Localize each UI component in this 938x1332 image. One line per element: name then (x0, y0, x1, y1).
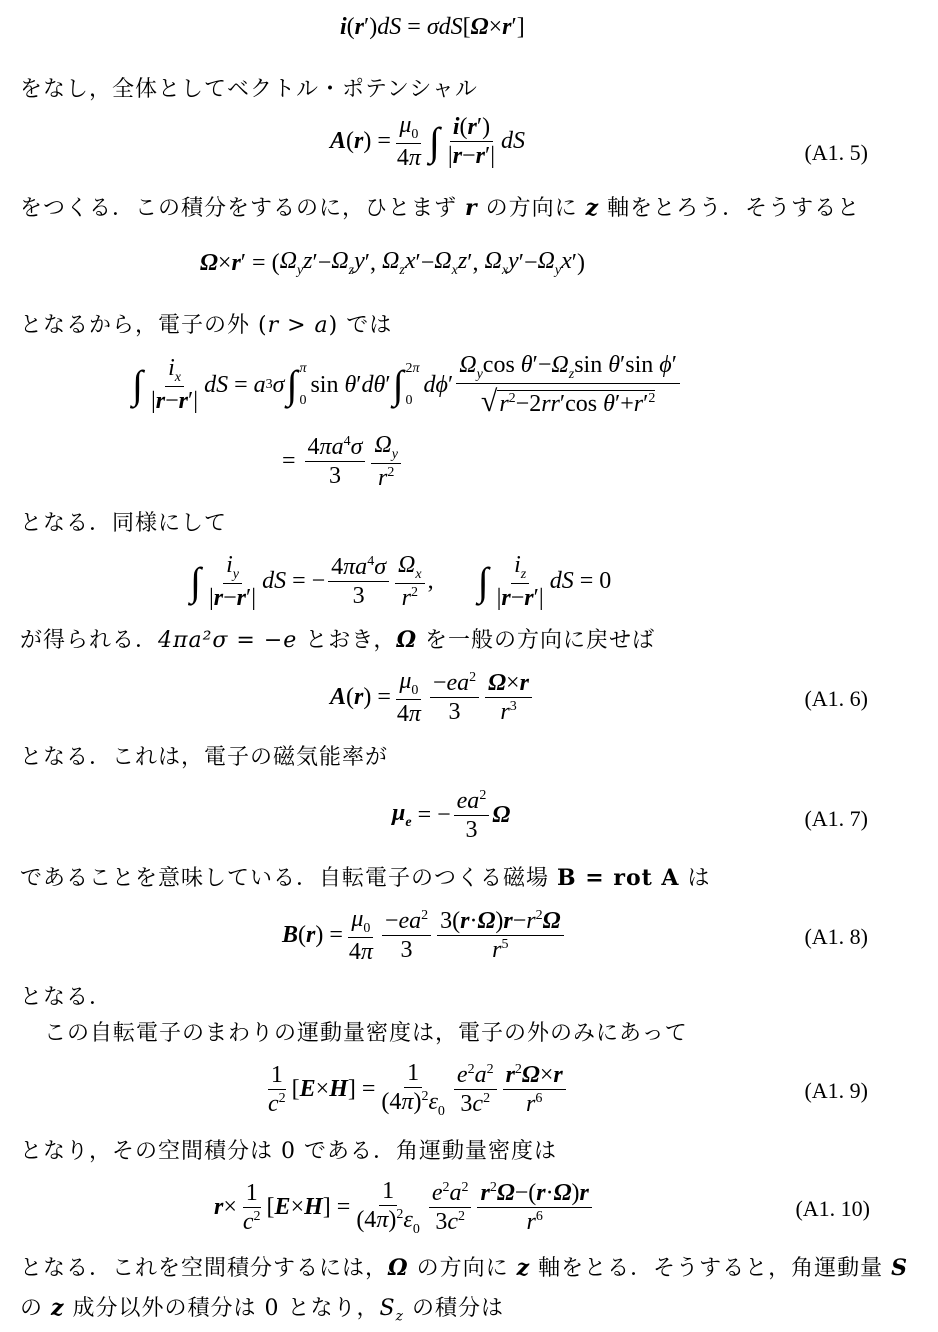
equation-number: (A1. 10) (795, 1196, 870, 1222)
equation-number: (A1. 7) (804, 806, 868, 832)
equation-ix-integral: ∫ ix|r−r′| dS = a3σ ∫π0 sin θ′dθ′ ∫2π0 d… (130, 352, 683, 418)
math-relation: 4πa²σ = −e (158, 628, 297, 653)
paragraph-line: であることを意味している．自転電子のつくる磁場 B = rot A は (20, 864, 711, 893)
equation-ix-result: = 4πa4σ3 Ωyr2 (282, 432, 404, 492)
math-r: r (465, 195, 478, 221)
text-segment: の (20, 1296, 51, 1321)
text-segment: の方向に (478, 196, 586, 221)
text-segment: を一般の方向に戻せば (417, 628, 655, 653)
text-segment: ) では (329, 313, 393, 338)
paragraph-line: となる．同様にして (20, 510, 227, 538)
paragraph-line: となるから，電子の外 (r > a) では (20, 312, 392, 340)
equation-surface-current: i(r′)dS = σdS[Ω×r′] (340, 14, 525, 41)
equation-number: (A1. 5) (804, 140, 868, 166)
math-s-z-subscript: z (396, 1308, 404, 1324)
text-segment: の方向に (409, 1256, 517, 1281)
paragraph-line: となる．これは，電子の磁気能率が (20, 744, 388, 772)
math-omega: Ω (396, 627, 417, 653)
equation-number: (A1. 9) (804, 1078, 868, 1104)
equation-a1-8: B(r) = μ04π −ea23 3(r·Ω)r−r2Ωr5 (282, 906, 567, 966)
text-segment: 成分以外の積分は 0 となり， (65, 1296, 380, 1321)
math-inequality: r > a (268, 313, 329, 338)
paragraph-line: となる． (20, 984, 112, 1012)
text-segment: となる．これを空間積分するには， (20, 1256, 388, 1281)
equation-a1-5: A(r) = μ04π ∫ i(r′)|r−r′| dS (330, 112, 525, 172)
text-segment: となるから，電子の外 ( (20, 313, 268, 338)
math-z: z (51, 1295, 65, 1321)
equation-number: (A1. 6) (804, 686, 868, 712)
math-s: S (891, 1255, 908, 1281)
math-z: z (517, 1255, 531, 1281)
math-omega: Ω (388, 1255, 409, 1281)
text-segment: であることを意味している．自転電子のつくる磁場 (20, 866, 557, 891)
equation-cross-product: Ω×r′ = (Ωyz′−Ωzy′, Ωzx′−Ωxz′, Ωxy′−Ωyx′) (200, 248, 585, 279)
paragraph-line: となり，その空間積分は 0 である．角運動量密度は (20, 1138, 557, 1166)
text-segment: が得られる． (20, 628, 158, 653)
math-s-z: S (379, 1296, 395, 1321)
text-segment: 軸をとる．そうすると，角運動量 (530, 1256, 891, 1281)
equation-iy-iz-integrals: ∫ iy|r−r′| dS = − 4πa4σ3 Ωxr2, ∫ iz|r−r′… (188, 552, 611, 612)
paragraph-line: となる．これを空間積分するには，Ω の方向に z 軸をとる．そうすると，角運動量… (20, 1254, 908, 1283)
paragraph-line: をなし，全体としてベクトル・ポテンシャル (20, 76, 478, 104)
equation-a1-6: A(r) = μ04π −ea23 Ω×rr3 (330, 668, 535, 728)
equation-number: (A1. 8) (804, 924, 868, 950)
equation-a1-9: 1c2 [E×H] = 1(4π)2ε0 e2a23c2 r2Ω×rr6 (262, 1060, 569, 1120)
paragraph-line: この自転電子のまわりの運動量密度は，電子の外のみにあって (44, 1020, 688, 1048)
text-segment: をつくる．この積分をするのに，ひとまず (20, 196, 465, 221)
equation-a1-7: μe = − ea23 Ω (392, 788, 510, 844)
text-segment: の積分は (404, 1296, 504, 1321)
paragraph-line: が得られる．4πa²σ = −e とおき，Ω を一般の方向に戻せば (20, 626, 655, 655)
paragraph-line: をつくる．この積分をするのに，ひとまず r の方向に z 軸をとろう．そうすると (20, 194, 860, 223)
text-segment: 軸をとろう．そうすると (599, 196, 860, 221)
math-b-rot-a: B = rot A (557, 865, 680, 891)
math-z: z (586, 195, 600, 221)
text-segment: とおき， (297, 628, 396, 653)
text-segment: は (680, 866, 711, 891)
equation-a1-10: r× 1c2 [E×H] = 1(4π)2ε0 e2a23c2 r2Ω−(r·Ω… (214, 1178, 595, 1238)
paragraph-line: の z 成分以外の積分は 0 となり，Sz の積分は (20, 1294, 504, 1330)
